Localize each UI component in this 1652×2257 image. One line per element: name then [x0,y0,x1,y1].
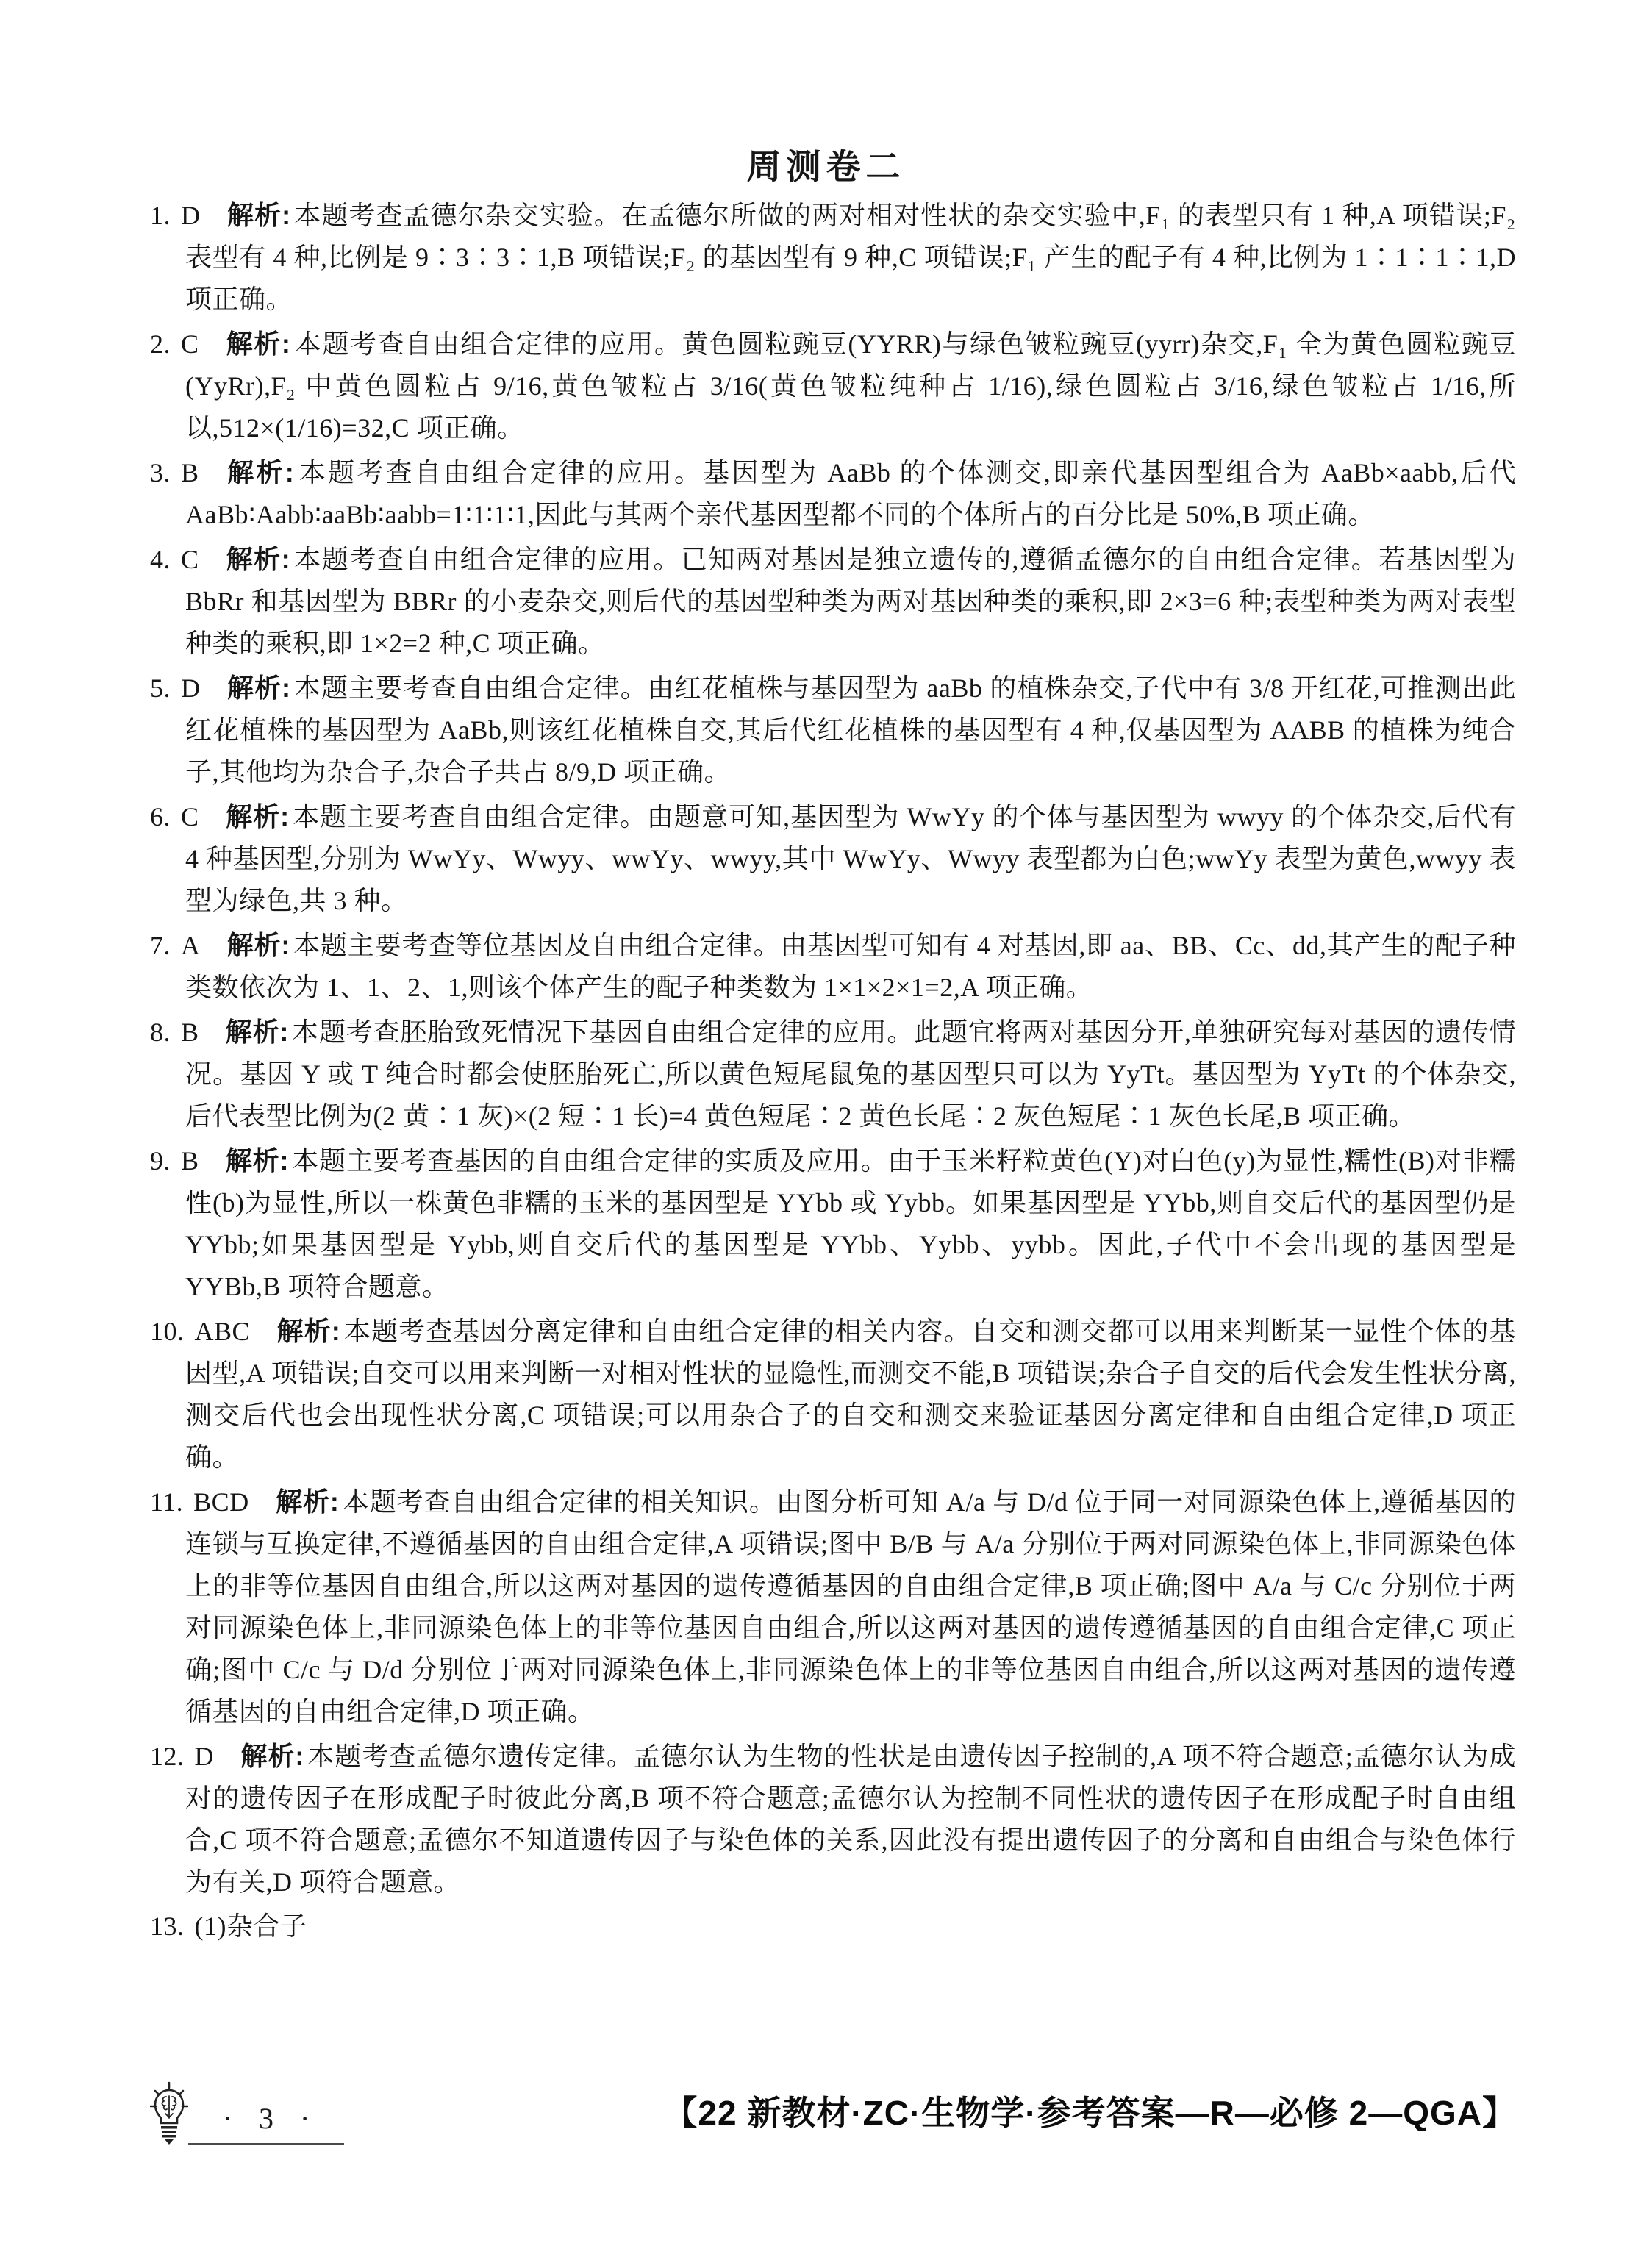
analysis-label: 解析: [226,1145,289,1176]
item-answer: B [181,1017,199,1047]
answer-item: 4.C解析:本题考查自由组合定律的应用。已知两对基因是独立遗传的,遵循孟德尔的自… [150,538,1516,665]
page-number: · 3 · [223,2102,310,2135]
answer-key-page: 周测卷二 1.D解析:本题考查孟德尔杂交实验。在孟德尔所做的两对相对性状的杂交实… [0,0,1652,2257]
analysis-label: 解析: [227,673,291,703]
item-number: 13. [150,1911,185,1941]
analysis-label: 解析: [226,457,295,487]
item-answer: C [181,545,199,574]
analysis-text: 本题考查自由组合定律的应用。黄色圆粒豌豆(YYRR)与绿色皱粒豌豆(yyrr)杂… [185,329,1516,443]
answer-item: 1.D解析:本题考查孟德尔杂交实验。在孟德尔所做的两对相对性状的杂交实验中,F₁… [150,194,1516,321]
answer-item: 3.B解析:本题考查自由组合定律的应用。基因型为 AaBb 的个体测交,即亲代基… [150,451,1516,536]
answer-item: 9.B解析:本题主要考查基因的自由组合定律的实质及应用。由于玉米籽粒黄色(Y)对… [150,1140,1516,1308]
item-answer: C [181,329,199,359]
answer-item: 11.BCD解析:本题考查自由组合定律的相关知识。由图分析可知 A/a 与 D/… [150,1481,1516,1733]
answer-item: 2.C解析:本题考查自由组合定律的应用。黄色圆粒豌豆(YYRR)与绿色皱粒豌豆(… [150,323,1516,449]
analysis-label: 解析: [276,1487,340,1517]
analysis-label: 解析: [227,930,290,960]
analysis-text: 本题主要考查自由组合定律。由题意可知,基因型为 WwYy 的个体与基因型为 ww… [185,802,1516,915]
analysis-label: 解析: [276,1316,340,1346]
item-answer: C [181,802,199,831]
item-answer: B [181,1146,199,1176]
item-number: 8. [150,1017,171,1047]
analysis-text: (1)杂合子 [195,1911,307,1941]
analysis-text: 本题考查胚胎致死情况下基因自由组合定律的应用。此题宜将两对基因分开,单独研究每对… [185,1017,1516,1131]
answer-item: 7.A解析:本题主要考查等位基因及自由组合定律。由基因型可知有 4 对基因,即 … [150,924,1516,1009]
answer-item: 8.B解析:本题考查胚胎致死情况下基因自由组合定律的应用。此题宜将两对基因分开,… [150,1011,1516,1137]
item-number: 11. [150,1487,183,1517]
footer-imprint: 【22 新教材·ZC·生物学·参考答案—R—必修 2—QGA】 [663,2086,1517,2135]
answer-item: 10.ABC解析:本题考查基因分离定律和自由组合定律的相关内容。自交和测交都可以… [150,1310,1516,1478]
analysis-text: 本题主要考查自由组合定律。由红花植株与基因型为 aaBb 的植株杂交,子代中有 … [185,673,1516,787]
item-answer: BCD [193,1487,249,1517]
analysis-label: 解析: [226,544,291,574]
item-number: 5. [150,673,171,703]
page-title: 周测卷二 [0,140,1652,189]
analysis-label: 解析: [227,200,291,230]
lightbulb-brain-icon [150,2081,188,2153]
answer-item: 13.(1)杂合子 [150,1906,1516,1947]
item-answer: ABC [195,1317,251,1346]
analysis-text: 本题考查孟德尔遗传定律。孟德尔认为生物的性状是由遗传因子控制的,A 项不符合题意… [185,1742,1516,1897]
item-number: 12. [150,1742,185,1771]
item-answer: D [181,673,201,703]
analysis-label: 解析: [226,801,290,831]
item-number: 4. [150,545,171,574]
item-answer: D [195,1742,215,1771]
analysis-text: 本题考查孟德尔杂交实验。在孟德尔所做的两对相对性状的杂交实验中,F₁ 的表型只有… [185,201,1516,314]
answer-item: 6.C解析:本题主要考查自由组合定律。由题意可知,基因型为 WwYy 的个体与基… [150,795,1516,922]
item-number: 7. [150,931,171,960]
answer-list: 1.D解析:本题考查孟德尔杂交实验。在孟德尔所做的两对相对性状的杂交实验中,F₁… [150,194,1516,1950]
analysis-text: 本题主要考查等位基因及自由组合定律。由基因型可知有 4 对基因,即 aa、BB、… [185,931,1516,1002]
answer-item: 12.D解析:本题考查孟德尔遗传定律。孟德尔认为生物的性状是由遗传因子控制的,A… [150,1735,1516,1903]
answer-item: 5.D解析:本题主要考查自由组合定律。由红花植株与基因型为 aaBb 的植株杂交… [150,667,1516,793]
item-number: 10. [150,1317,185,1346]
item-answer: D [181,201,201,230]
footer-page-number-block: · 3 · [188,2101,344,2145]
analysis-label: 解析: [240,1741,304,1771]
item-number: 2. [150,329,171,359]
analysis-label: 解析: [226,329,291,359]
analysis-text: 本题主要考查基因的自由组合定律的实质及应用。由于玉米籽粒黄色(Y)对白色(y)为… [185,1146,1516,1301]
analysis-text: 本题考查自由组合定律的应用。已知两对基因是独立遗传的,遵循孟德尔的自由组合定律。… [185,545,1516,658]
item-answer: A [181,931,201,960]
item-answer: B [181,458,199,487]
analysis-text: 本题考查自由组合定律的相关知识。由图分析可知 A/a 与 D/d 位于同一对同源… [185,1487,1516,1726]
item-number: 9. [150,1146,171,1176]
analysis-text: 本题考查基因分离定律和自由组合定律的相关内容。自交和测交都可以用来判断某一显性个… [185,1317,1516,1472]
analysis-label: 解析: [226,1017,289,1047]
item-number: 6. [150,802,171,831]
item-number: 1. [150,201,171,230]
analysis-text: 本题考查自由组合定律的应用。基因型为 AaBb 的个体测交,即亲代基因型组合为 … [185,458,1516,529]
item-number: 3. [150,458,171,487]
